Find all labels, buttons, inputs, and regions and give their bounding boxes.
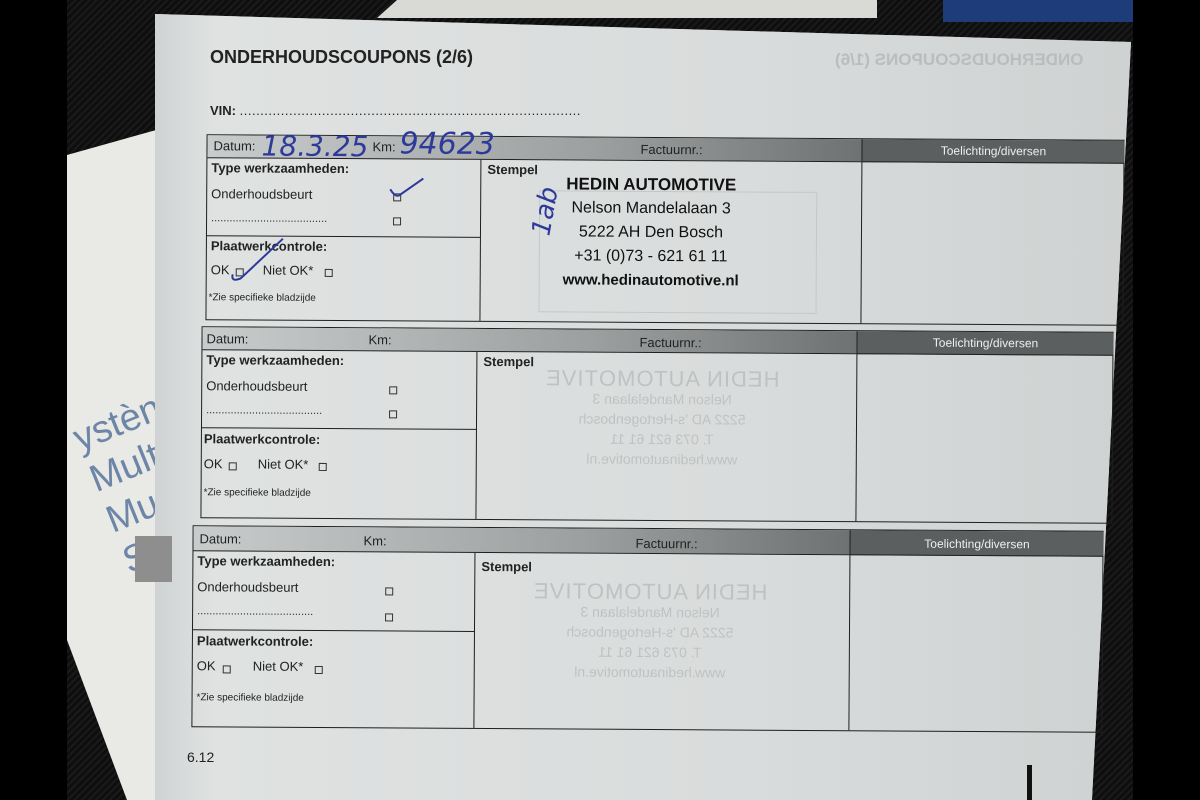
vin-label: VIN: — [210, 103, 236, 118]
footnote: *Zie specifieke bladzijde — [197, 692, 304, 704]
toelichting-area — [855, 354, 1113, 523]
datum-label: Datum: — [199, 531, 241, 546]
service-checkbox[interactable] — [385, 587, 393, 595]
coupon-2: Datum: Km: Factuurnr.: Toelichting/diver… — [200, 326, 1113, 524]
ok-label: OK — [211, 262, 230, 277]
ghost-title-bleedthrough: ONDERHOUDSCOUPONS (1/6) — [835, 50, 1083, 70]
stamp-area: Stempel HEDIN AUTOMOTIVE Nelson Mandelal… — [476, 352, 855, 521]
ok-label: OK — [197, 658, 216, 673]
plaatwerk-label: Plaatwerkcontrole: — [204, 431, 320, 447]
niet-ok-label: Niet OK* — [263, 263, 314, 278]
km-label: Km: — [363, 533, 386, 548]
stamp-area: Stempel HEDIN AUTOMOTIVE Nelson Mandelal… — [474, 553, 847, 730]
stamp-web: www.hedinautomotive.nl — [501, 268, 801, 294]
blank-item-label: ...................................... — [211, 212, 327, 225]
service-item-label: Onderhoudsbeurt — [206, 378, 307, 394]
niet-ok-checkbox[interactable] — [315, 666, 323, 674]
stempel-label: Stempel — [481, 559, 532, 574]
type-label: Type werkzaamheden: — [197, 553, 335, 569]
page-title: ONDERHOUDSCOUPONS (2/6) — [210, 47, 473, 68]
blank-checkbox[interactable] — [393, 217, 401, 225]
plaatwerk-label: Plaatwerkcontrole: — [197, 633, 313, 649]
footnote: *Zie specifieke bladzijde — [204, 487, 311, 499]
work-type-column: Type werkzaamheden: Onderhoudsbeurt ....… — [192, 551, 475, 728]
ghost-stamp-web: www.hedinautomotive.nl — [505, 661, 795, 683]
ghost-stamp-bleedthrough: HEDIN AUTOMOTIVE Nelson Mandelalaan 3 52… — [505, 581, 796, 683]
ghost-stamp-web: www.hedinautomotive.nl — [517, 448, 807, 470]
niet-ok-checkbox[interactable] — [319, 463, 327, 471]
ghost-stamp-city: 5222 AD 's-Hertogenbosch — [505, 621, 795, 643]
coupon-3: Datum: Km: Factuurnr.: Toelichting/diver… — [191, 525, 1103, 733]
type-label: Type werkzaamheden: — [211, 160, 349, 176]
niet-ok-label: Niet OK* — [253, 659, 304, 674]
handwritten-km: 94623 — [399, 126, 495, 162]
ok-checkbox[interactable] — [229, 462, 237, 470]
ok-checkbox[interactable] — [223, 665, 231, 673]
vin-field: VIN: ...................................… — [210, 103, 581, 118]
blue-fabric — [943, 0, 1133, 22]
factuur-label: Factuurnr.: — [640, 142, 702, 157]
ghost-stamp-name: HEDIN AUTOMOTIVE — [505, 581, 795, 603]
datum-label: Datum: — [206, 331, 248, 346]
ghost-stamp-bleedthrough: HEDIN AUTOMOTIVE Nelson Mandelalaan 3 52… — [517, 368, 808, 470]
ghost-stamp-name: HEDIN AUTOMOTIVE — [517, 368, 807, 390]
service-item-label: Onderhoudsbeurt — [197, 579, 298, 595]
datum-label: Datum: — [213, 138, 255, 153]
toelichting-header: Toelichting/diversen — [861, 139, 1124, 164]
work-type-column: Type werkzaamheden: Onderhoudsbeurt ....… — [206, 158, 481, 321]
stempel-label: Stempel — [483, 354, 534, 369]
stamp-area: Stempel HEDIN AUTOMOTIVE Nelson Mandelal… — [480, 160, 859, 323]
under-sheet-top — [377, 0, 877, 18]
factuur-label: Factuurnr.: — [635, 536, 697, 551]
page-number: 6.12 — [187, 749, 214, 765]
toelichting-header: Toelichting/diversen — [856, 331, 1113, 356]
service-checkbox[interactable] — [389, 386, 397, 394]
niet-ok-label: Niet OK* — [258, 457, 309, 472]
toelichting-area — [848, 555, 1103, 732]
toelichting-header: Toelichting/diversen — [849, 530, 1103, 557]
niet-ok-checkbox[interactable] — [325, 269, 333, 277]
km-label: Km: — [368, 332, 391, 347]
ok-label: OK — [204, 456, 223, 471]
page-edge-shadow — [1027, 765, 1032, 800]
blank-checkbox[interactable] — [389, 410, 397, 418]
coupon-1: Datum: Km: Factuurnr.: Toelichting/diver… — [205, 134, 1124, 326]
toelichting-area — [860, 162, 1124, 325]
km-label: Km: — [372, 139, 395, 154]
ghost-stamp-phone: T. 073 621 61 11 — [517, 428, 807, 450]
service-item-label: Onderhoudsbeurt — [211, 186, 312, 202]
stamp-phone: +31 (0)73 - 621 61 11 — [501, 244, 801, 270]
ghost-stamp-phone: T. 073 621 61 11 — [505, 641, 795, 663]
vin-value: ........................................… — [240, 103, 581, 118]
divider — [193, 629, 474, 632]
factuur-label: Factuurnr.: — [639, 335, 701, 350]
blank-item-label: ...................................... — [197, 605, 313, 618]
work-type-column: Type werkzaamheden: Onderhoudsbeurt ....… — [201, 350, 477, 519]
type-label: Type werkzaamheden: — [206, 352, 344, 368]
ghost-stamp-city: 5222 AD 's-Hertogenbosch — [517, 408, 807, 430]
blank-item-label: ...................................... — [206, 404, 322, 417]
footnote: *Zie specifieke bladzijde — [209, 292, 316, 304]
section-tab-marker — [135, 536, 172, 582]
blank-checkbox[interactable] — [385, 613, 393, 621]
divider — [202, 427, 476, 430]
checkmark-icon — [387, 175, 427, 201]
